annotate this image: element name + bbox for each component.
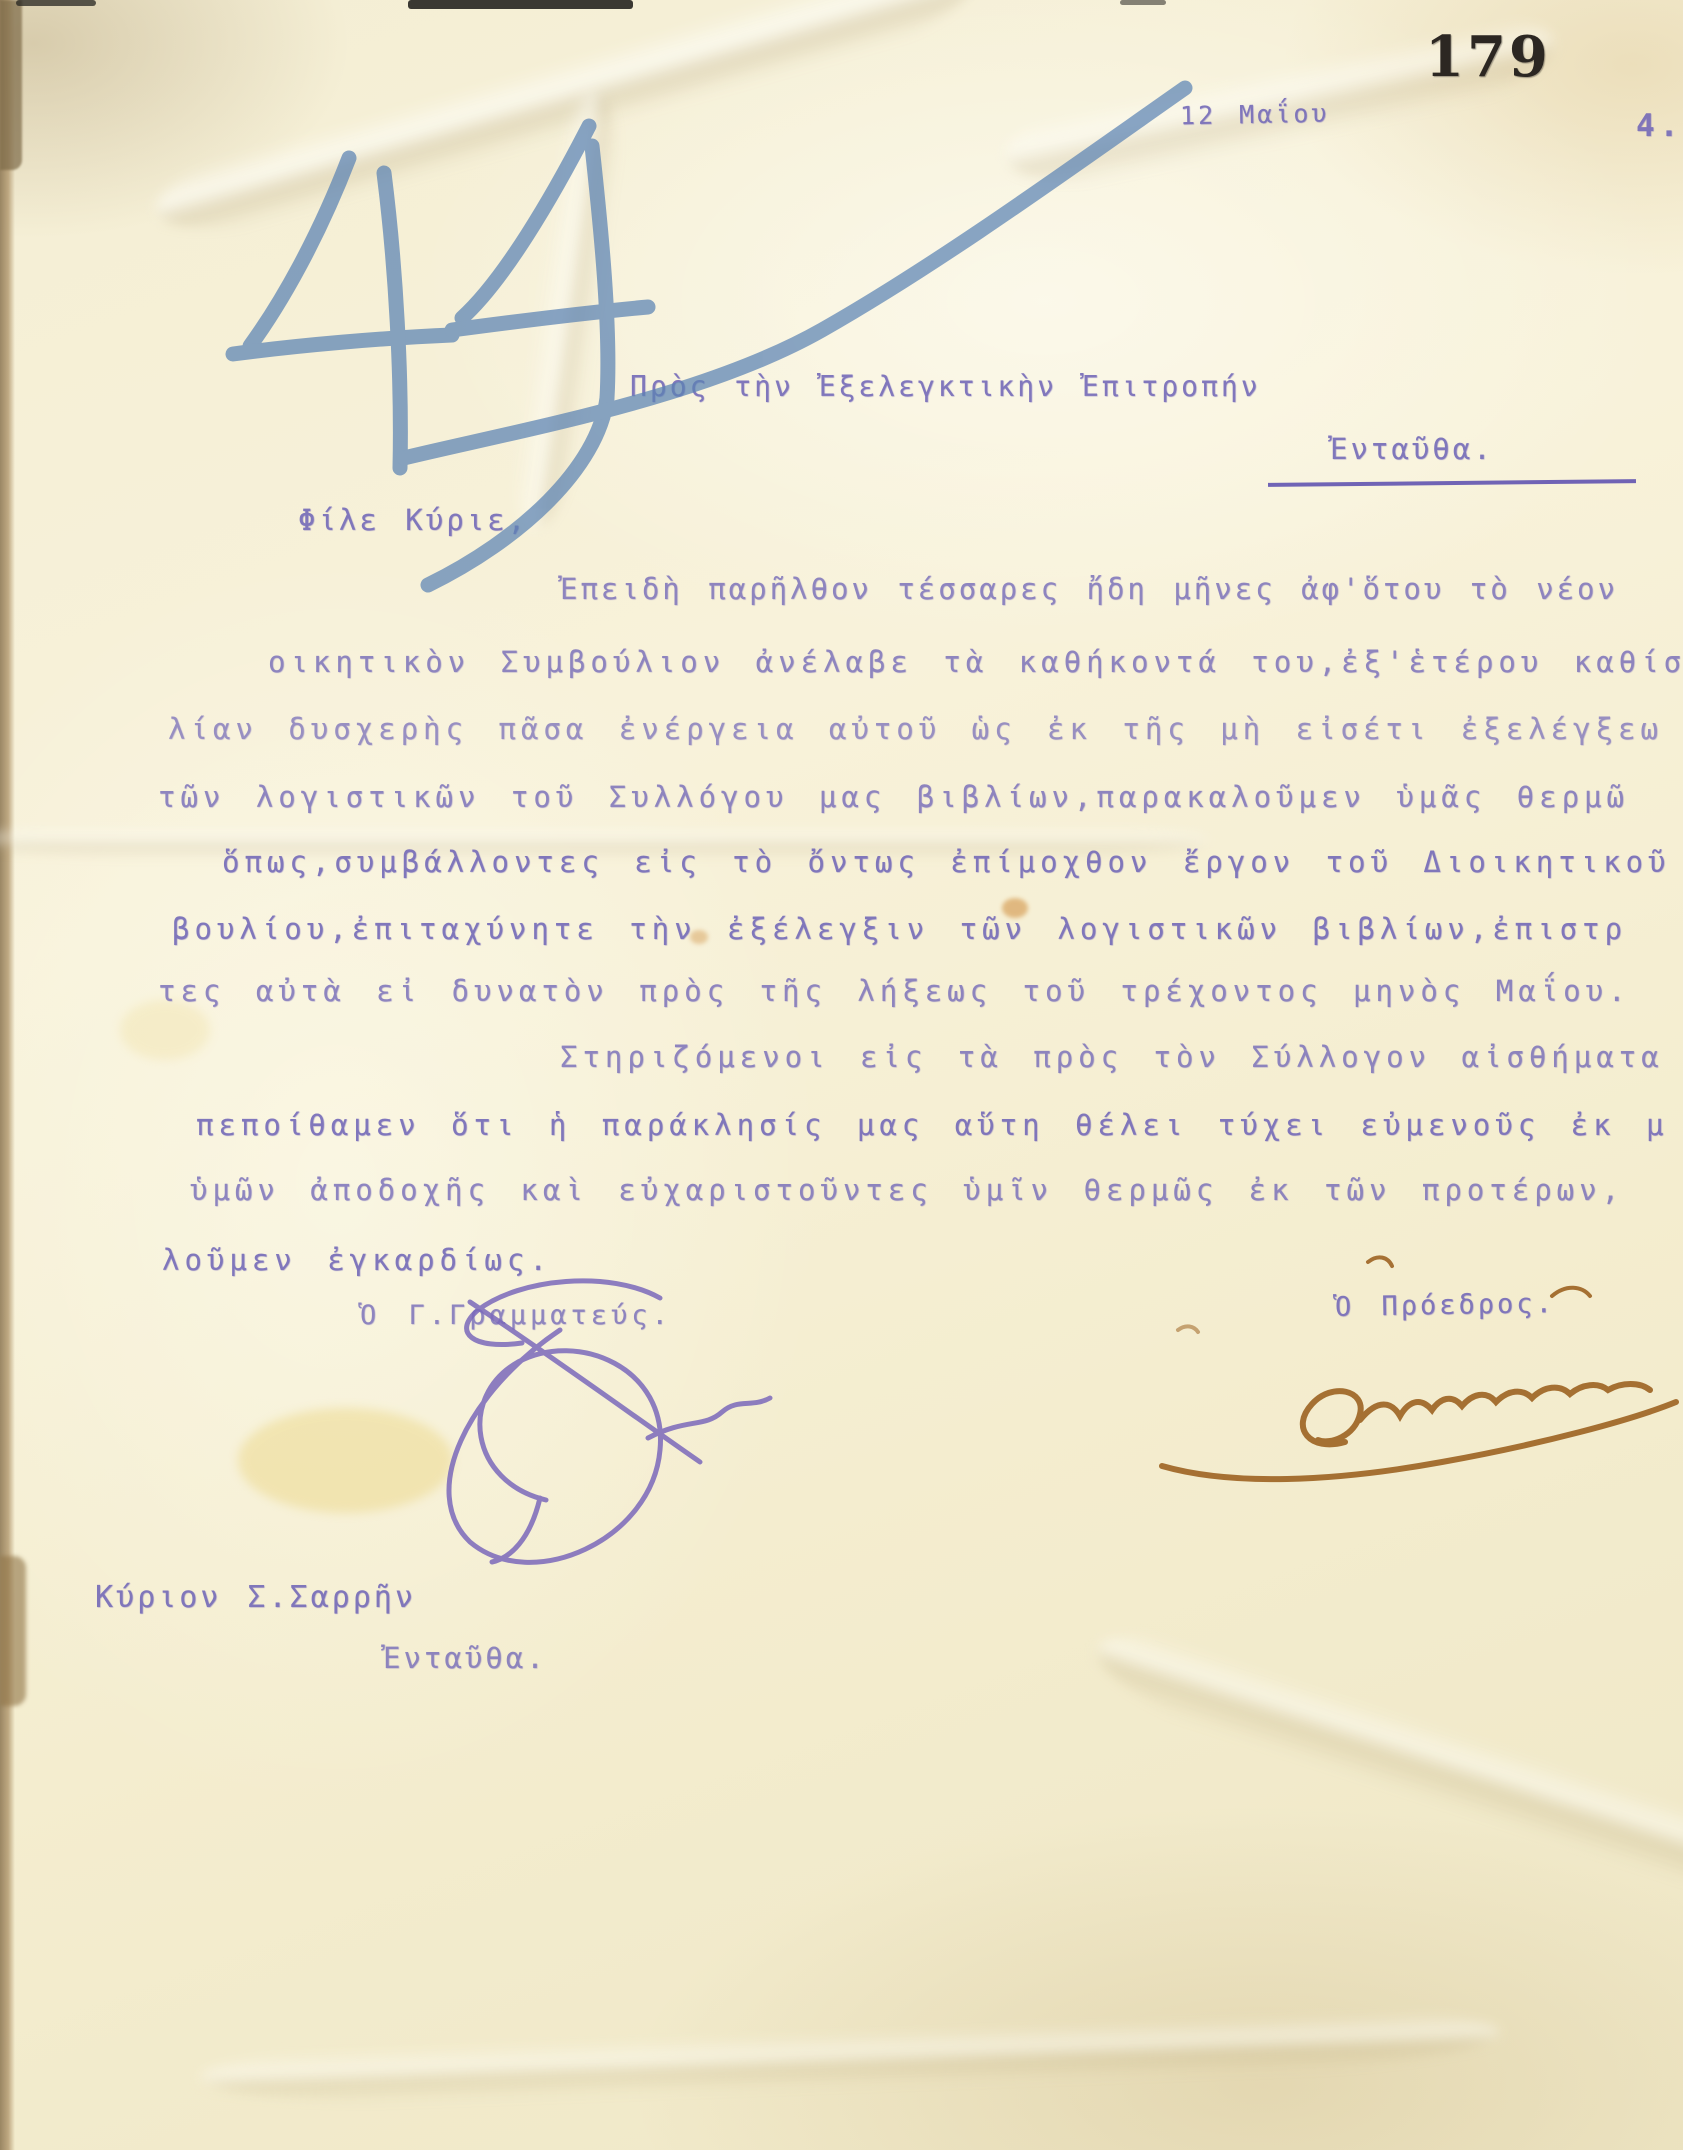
recipient-place: Ἐνταῦθα. <box>1330 432 1494 466</box>
salutation: Φίλε Κύριε, <box>298 503 528 537</box>
scan-edge-mark <box>408 0 633 9</box>
body-line: τες αὐτὰ εἰ δυνατὸν πρὸς τῆς λήξεως τοῦ … <box>158 974 1631 1008</box>
body-line: τῶν λογιστικῶν τοῦ Συλλόγου μας βιβλίων,… <box>158 780 1629 814</box>
paper-crease <box>199 1987 1501 2122</box>
folio-number-stamp: 179 <box>1425 24 1551 90</box>
body-line: πεποίθαμεν ὅτι ἡ παράκλησίς μας αὕτη θέλ… <box>196 1108 1669 1142</box>
scan-edge-mark <box>1120 0 1166 5</box>
footer-place: Ἐνταῦθα. <box>383 1641 547 1675</box>
paper-crease <box>1079 1592 1683 1929</box>
scan-edge-mark <box>16 0 96 6</box>
body-line: Στηριζόμενοι εἰς τὰ πρὸς τὸν Σύλλογον αἰ… <box>560 1040 1683 1074</box>
torn-left-edge-top <box>0 0 22 170</box>
date-line: 12 Μαΐου <box>1180 99 1330 131</box>
yellow-stain <box>120 1000 210 1060</box>
body-line: ὑμῶν ἀποδοχῆς καὶ εὐχαριστοῦντες ὑμῖν θε… <box>190 1173 1624 1207</box>
place-underline <box>1268 479 1636 487</box>
footer-addressee: Κύριον Σ.Σαρρῆν <box>95 1580 416 1615</box>
blue-annotation-44 <box>0 0 1683 2150</box>
recipient-line: Πρὸς τὴν Ἐξελεγκτικὴν Ἐπιτροπήν <box>630 370 1261 403</box>
left-edge-smudge <box>0 1556 26 1706</box>
body-line: λίαν δυσχερὴς πᾶσα ἐνέργεια αὐτοῦ ὡς ἐκ … <box>168 712 1663 746</box>
body-line: λοῦμεν ἐγκαρδίως. <box>162 1243 552 1277</box>
president-caption: Ὁ Πρόεδρος. <box>1335 1288 1555 1323</box>
torn-left-edge <box>0 0 15 2150</box>
body-line: Ἐπειδὴ παρῆλθον τέσσαρες ἤδη μῆνες ἀφ'ὅτ… <box>560 572 1618 606</box>
yellow-stain <box>238 1408 453 1513</box>
scanned-letter-page: 179 12 Μαΐου 4. Πρὸς τὴν Ἐξελεγκτικὴν Ἐπ… <box>0 0 1683 2150</box>
secretary-caption: Ὁ Γ.Γραμματεύς. <box>360 1300 672 1331</box>
corner-number: 4. <box>1636 108 1683 144</box>
body-line: ὅπως,συμβάλλοντες εἰς τὸ ὄντως ἐπίμοχθον… <box>222 845 1671 879</box>
body-line: οικητικὸν Συμβούλιον ἀνέλαβε τὰ καθήκοντ… <box>268 645 1683 679</box>
secretary-signature <box>0 0 1683 2150</box>
body-line: βουλίου,ἐπιταχύνητε τὴν ἐξέλεγξιν τῶν λο… <box>172 912 1627 946</box>
president-signature <box>0 0 1683 2150</box>
